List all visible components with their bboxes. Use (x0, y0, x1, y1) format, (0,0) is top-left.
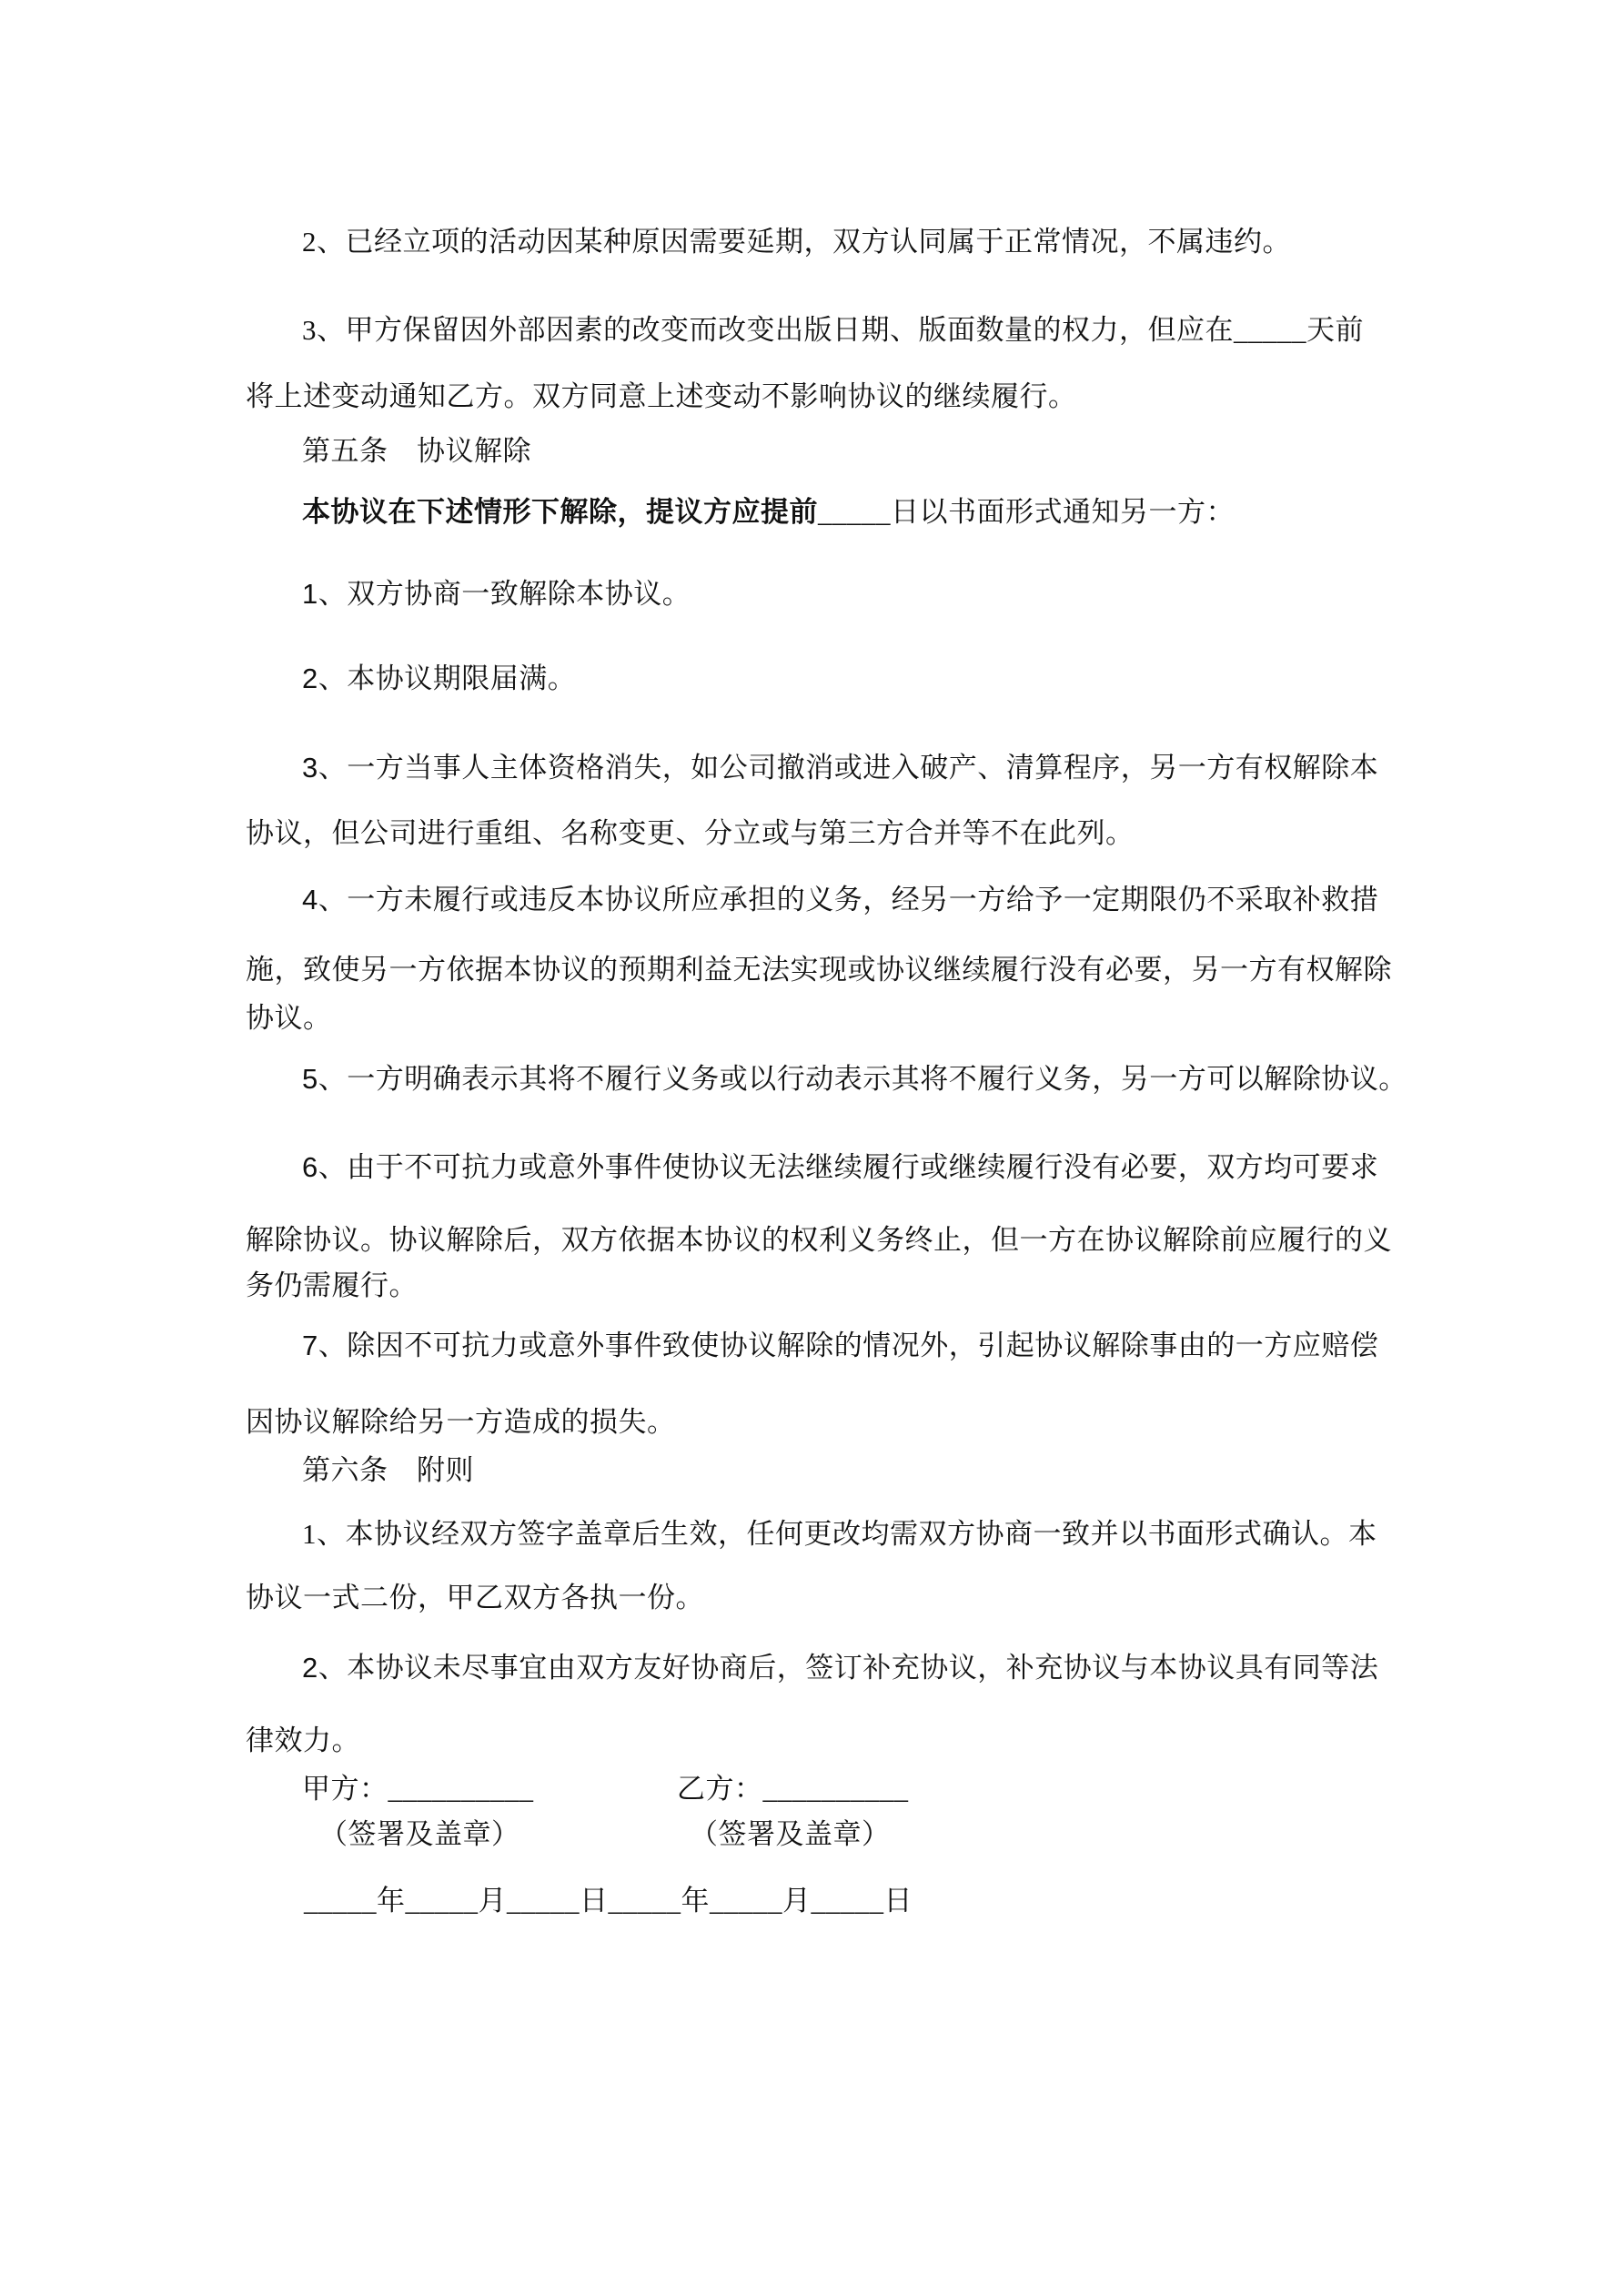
termination-item-4-line-3: 协议。 (246, 999, 1378, 1037)
document-page: 2、已经立项的活动因某种原因需要延期，双方认同属于正常情况，不属违约。 3、甲方… (0, 0, 1624, 2296)
clause-change-notice-line-1: 3、甲方保留因外部因素的改变而改变出版日期、版面数量的权力，但应在_____天前 (246, 311, 1435, 349)
section-5-intro-rest-text: _____日以书面形式通知另一方： (818, 496, 1235, 528)
clause-change-notice-line-2: 将上述变动通知乙方。双方同意上述变动不影响协议的继续履行。 (246, 378, 1378, 416)
termination-item-2: 2、本协议期限届满。 (246, 660, 1435, 698)
section-5-intro-line: 本协议在下述情形下解除，提议方应提前_____日以书面形式通知另一方： (246, 493, 1435, 531)
section-6-heading: 第六条 附则 (246, 1451, 1435, 1490)
termination-item-4-line-2: 施，致使另一方依据本协议的预期利益无法实现或协议继续履行没有必要，另一方有权解除 (246, 951, 1378, 989)
misc-item-2-line-2: 律效力。 (246, 1722, 1378, 1760)
misc-item-1-line-2: 协议一式二份，甲乙双方各执一份。 (246, 1579, 1378, 1617)
termination-item-7-line-1: 7、除因不可抗力或意外事件致使协议解除的情况外，引起协议解除事由的一方应赔偿 (246, 1327, 1435, 1365)
section-5-intro-bold-text: 本协议在下述情形下解除，提议方应提前 (302, 496, 818, 528)
date-row: _____年_____月_____日_____年_____月_____日 (246, 1882, 1437, 1920)
section-5-heading: 第五条 协议解除 (246, 432, 1435, 470)
termination-item-1: 1、双方协商一致解除本协议。 (246, 575, 1435, 613)
signature-row: 甲方：__________ 乙方：__________ (246, 1770, 1378, 1808)
party-b-signature-label: 乙方：__________ (677, 1770, 909, 1808)
termination-item-6-line-1: 6、由于不可抗力或意外事件使协议无法继续履行或继续履行没有必要，双方均可要求 (246, 1148, 1435, 1187)
termination-item-7-line-2: 因协议解除给另一方造成的损失。 (246, 1403, 1378, 1441)
party-b-seal-label: （签署及盖章） (690, 1816, 891, 1854)
termination-item-5: 5、一方明确表示其将不履行义务或以行动表示其将不履行义务，另一方可以解除协议。 (246, 1060, 1435, 1098)
seal-row: （签署及盖章） （签署及盖章） (246, 1816, 1378, 1854)
document-body: 2、已经立项的活动因某种原因需要延期，双方认同属于正常情况，不属违约。 3、甲方… (246, 0, 1378, 2296)
termination-item-6-line-2: 解除协议。协议解除后，双方依据本协议的权利义务终止，但一方在协议解除前应履行的义 (246, 1221, 1378, 1259)
termination-item-3-line-2: 协议，但公司进行重组、名称变更、分立或与第三方合并等不在此列。 (246, 814, 1378, 853)
party-a-seal-label: （签署及盖章） (319, 1816, 520, 1854)
misc-item-1-line-1: 1、本协议经双方签字盖章后生效，任何更改均需双方协商一致并以书面形式确认。本 (246, 1515, 1435, 1553)
misc-item-2-line-1: 2、本协议未尽事宜由双方友好协商后，签订补充协议，补充协议与本协议具有同等法 (246, 1649, 1435, 1687)
termination-item-3-line-1: 3、一方当事人主体资格消失，如公司撤消或进入破产、清算程序，另一方有权解除本 (246, 749, 1435, 787)
party-a-signature-label: 甲方：__________ (302, 1770, 534, 1808)
termination-item-6-line-3: 务仍需履行。 (246, 1267, 1378, 1305)
clause-delay-line: 2、已经立项的活动因某种原因需要延期，双方认同属于正常情况，不属违约。 (246, 223, 1435, 261)
termination-item-4-line-1: 4、一方未履行或违反本协议所应承担的义务，经另一方给予一定期限仍不采取补救措 (246, 881, 1435, 919)
